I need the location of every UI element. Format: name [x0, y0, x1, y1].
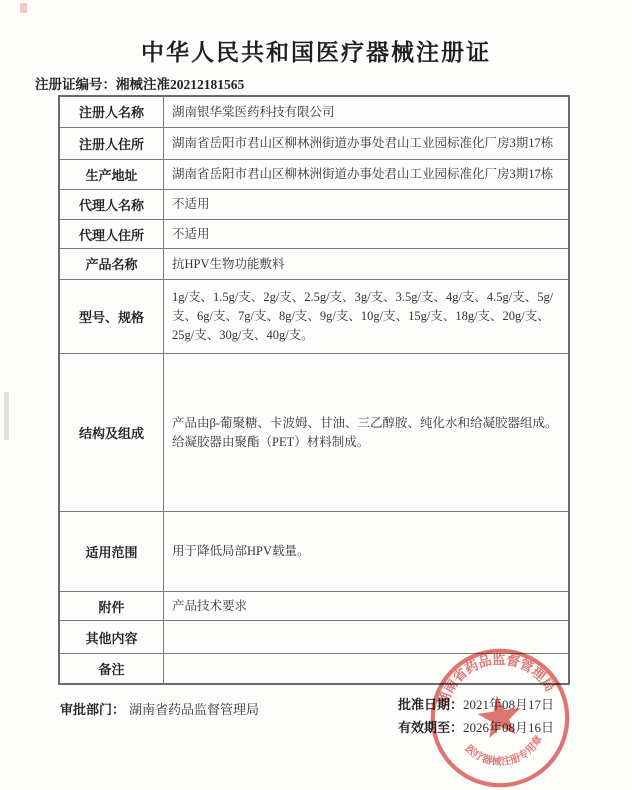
official-seal-stamp: 湖南省药品监督管理局 医疗器械注册专用章 [428, 646, 572, 790]
certificate-number-label: 注册证编号： [35, 77, 116, 92]
row-label: 型号、规格 [60, 280, 164, 353]
certificate-number-value: 湘械注准20212181565 [116, 77, 244, 92]
svg-text:医疗器械注册专用章: 医疗器械注册专用章 [462, 732, 548, 774]
row-label: 备注 [60, 654, 164, 683]
row-value: 湖南省岳阳市君山区柳林洲街道办事处君山工业园标准化厂房3期17栋 [164, 160, 568, 190]
row-value: 用于降低局部HPV载量。 [164, 512, 568, 590]
row-value: 不适用 [164, 220, 568, 248]
row-label: 代理人住所 [60, 220, 164, 248]
row-label: 结构及组成 [60, 354, 164, 511]
table-row-registrant-address: 注册人住所 湖南省岳阳市君山区柳林洲街道办事处君山工业园标准化厂房3期17栋 [60, 127, 568, 159]
row-label: 产品名称 [60, 249, 164, 279]
svg-text:湖南省药品监督管理局: 湖南省药品监督管理局 [428, 646, 558, 710]
scan-red-mark [20, 3, 27, 13]
stamp-purpose-text: 医疗器械注册专用章 [462, 732, 548, 774]
row-value: 湖南银华棠医药科技有限公司 [164, 97, 568, 127]
table-row-registrant-name: 注册人名称 湖南银华棠医药科技有限公司 [60, 97, 568, 127]
stamp-authority-text: 湖南省药品监督管理局 [428, 646, 558, 710]
row-label: 注册人住所 [60, 128, 164, 159]
scan-edge-artifact [4, 392, 9, 440]
page-title: 中华人民共和国医疗器械注册证 [0, 34, 632, 67]
table-row-model-spec: 型号、规格 1g/支、1.5g/支、2g/支、2.5g/支、3g/支、3.5g/… [60, 279, 568, 353]
row-label: 生产地址 [60, 160, 164, 190]
certificate-number-line: 注册证编号：湘械注准20212181565 [35, 73, 244, 93]
row-value: 湖南省岳阳市君山区柳林洲街道办事处君山工业园标准化厂房3期17栋 [164, 128, 568, 159]
table-row-product-name: 产品名称 抗HPV生物功能敷料 [60, 248, 568, 279]
approval-department-label: 审批部门： [60, 702, 125, 717]
table-row-agent-name: 代理人名称 不适用 [60, 189, 568, 219]
table-row-agent-address: 代理人住所 不适用 [60, 219, 568, 248]
row-value: 产品由β-葡聚糖、卡波姆、甘油、三乙醇胺、纯化水和给凝胶器组成。给凝胶器由聚酯（… [164, 354, 568, 511]
table-row-structure-composition: 结构及组成 产品由β-葡聚糖、卡波姆、甘油、三乙醇胺、纯化水和给凝胶器组成。给凝… [60, 353, 568, 511]
certificate-table: 注册人名称 湖南银华棠医药科技有限公司 注册人住所 湖南省岳阳市君山区柳林洲街道… [58, 95, 570, 685]
table-row-scope-of-application: 适用范围 用于降低局部HPV载量。 [60, 511, 568, 590]
stamp-star-icon [475, 692, 524, 739]
approval-department-line: 审批部门：湖南省药品监督管理局 [60, 699, 259, 718]
row-label: 附件 [60, 592, 164, 621]
table-row-production-address: 生产地址 湖南省岳阳市君山区柳林洲街道办事处君山工业园标准化厂房3期17栋 [60, 159, 568, 190]
row-label: 注册人名称 [60, 97, 164, 127]
row-label: 代理人名称 [60, 190, 164, 219]
row-value: 产品技术要求 [164, 592, 568, 621]
row-label: 适用范围 [60, 512, 164, 590]
row-value: 不适用 [164, 190, 568, 219]
approval-department-value: 湖南省药品监督管理局 [129, 702, 259, 717]
row-label: 其他内容 [60, 621, 164, 653]
table-row-attachment: 附件 产品技术要求 [60, 591, 568, 621]
row-value: 抗HPV生物功能敷料 [164, 249, 568, 279]
row-value: 1g/支、1.5g/支、2g/支、2.5g/支、3g/支、3.5g/支、4g/支… [164, 280, 568, 353]
